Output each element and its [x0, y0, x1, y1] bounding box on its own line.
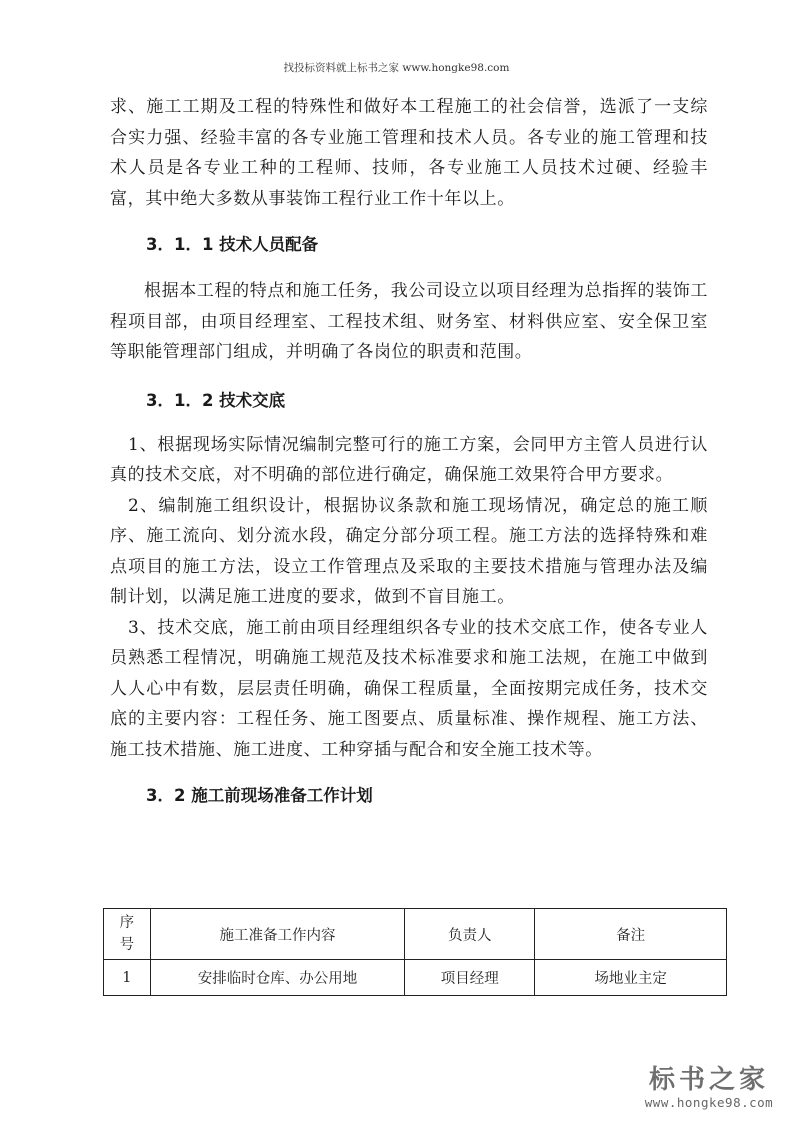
header-content: 施工准备工作内容: [150, 909, 404, 960]
list-item-1: 1、根据现场实际情况编制完整可行的施工方案，会同甲方主管人员进行认真的技术交底，…: [110, 430, 708, 491]
table-row: 1 安排临时仓库、办公用地 项目经理 场地业主定: [104, 960, 727, 996]
cell-seq: 1: [104, 960, 151, 996]
footer-logo: 标书之家 www.hongke98.com: [639, 1065, 779, 1110]
cell-content: 安排临时仓库、办公用地: [150, 960, 404, 996]
logo-title: 标书之家: [639, 1065, 779, 1095]
section-heading-3-1-1: 3．1．1 技术人员配备: [110, 230, 708, 260]
cell-remarks: 场地业主定: [535, 960, 727, 996]
preparation-plan-table: 序 号 施工准备工作内容 负责人 备注 1 安排临时仓库、办公用地 项目经理 场…: [103, 908, 727, 996]
table-header-row: 序 号 施工准备工作内容 负责人 备注: [104, 909, 727, 960]
document-body: 求、施工工期及工程的特殊性和做好本工程施工的社会信誉，选派了一支综合实力强、经验…: [110, 92, 708, 811]
header-owner: 负责人: [405, 909, 535, 960]
section-heading-3-1-2: 3．1．2 技术交底: [110, 386, 708, 416]
header-seq: 序 号: [104, 909, 151, 960]
list-item-3: 3、技术交底，施工前由项目经理组织各专业的技术交底工作，使各专业人员熟悉工程情况…: [110, 613, 708, 766]
page-header-watermark: 找投标资料就上标书之家 www.hongke98.com: [0, 60, 793, 75]
cell-owner: 项目经理: [405, 960, 535, 996]
section-3-1-1-paragraph: 根据本工程的特点和施工任务，我公司设立以项目经理为总指挥的装饰工程项目部，由项目…: [110, 276, 708, 368]
header-remarks: 备注: [535, 909, 727, 960]
intro-paragraph: 求、施工工期及工程的特殊性和做好本工程施工的社会信誉，选派了一支综合实力强、经验…: [110, 92, 708, 214]
header-seq-line2: 号: [104, 934, 150, 956]
list-item-2: 2、编制施工组织设计，根据协议条款和施工现场情况，确定总的施工顺序、施工流向、划…: [110, 491, 708, 613]
section-heading-3-2: 3．2 施工前现场准备工作计划: [110, 781, 708, 811]
logo-url: www.hongke98.com: [639, 1095, 779, 1110]
header-seq-line1: 序: [104, 912, 150, 934]
